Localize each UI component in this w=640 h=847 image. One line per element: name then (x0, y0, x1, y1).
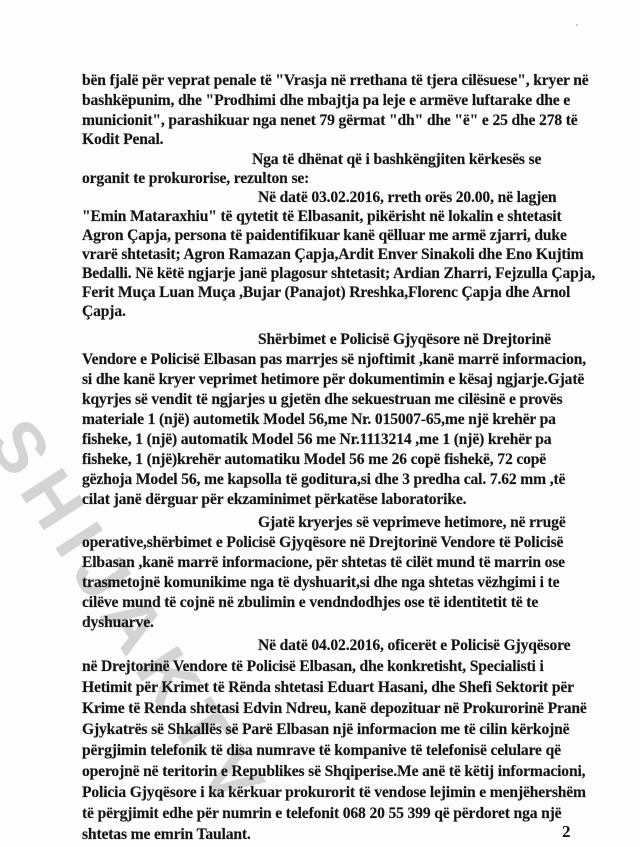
page-number: 2 (562, 822, 571, 842)
text-line: Nga të dhënat që i bashkëngjiten kërkesë… (252, 151, 528, 169)
text-line: Gjatë kryerjes së veprimeve hetimore, në… (258, 514, 534, 532)
text-line: Krime të Renda shtetasi Edvin Ndreu, kan… (82, 700, 534, 718)
text-line: materiale 1 (një) autometik Model 56,me … (82, 411, 534, 429)
text-line: "Emin Mataraxhiu" të qytetit të Elbasani… (82, 208, 534, 226)
text-line: përgjimin telefonik të disa numrave të k… (82, 742, 534, 760)
text-line: Në datë 04.02.2016, oficerët e Policisë … (258, 637, 534, 655)
text-line: në Drejtorinë Vendore të Policisë Elbasa… (82, 658, 534, 676)
text-line: Bedalli. Në këtë ngjarje janë plagosur s… (82, 265, 534, 283)
text-line: Agron Çapja, persona të paidentifikuar k… (82, 227, 534, 245)
text-line: Ferit Muça Luan Muça ,Bujar (Panajot) Rr… (82, 284, 534, 302)
scan-speck (576, 24, 578, 26)
text-line: dyshuarve. (82, 614, 534, 632)
text-line: shtetas me emrin Taulant. (82, 826, 534, 844)
text-line: Kodit Penal. (82, 131, 534, 149)
scan-speck (84, 624, 86, 626)
text-line: Vendore e Policisë Elbasan pas marrjes s… (82, 351, 534, 369)
text-line: operojnë në teritorin e Republikes së Sh… (82, 763, 534, 781)
text-line: bashkëpunim, dhe "Prodhimi dhe mbajtja p… (82, 92, 534, 110)
text-line: si dhe kanë kryer veprimet hetimore për … (82, 371, 534, 389)
text-line: Çapja. (82, 303, 534, 321)
text-line: Gjykatrës së Shkallës së Parë Elbasan nj… (82, 721, 534, 739)
text-line: organit te prokurorise, rezulton se: (82, 170, 534, 188)
text-line: kqyrjes së vendit të ngjarjes u gjetën d… (82, 391, 534, 409)
text-line: Elbasan ,kanë marrë informacione, për sh… (82, 554, 534, 572)
text-line: fisheke, 1 (një)krehër automatiku Model … (82, 451, 534, 469)
text-line: të përgjimit edhe për numrin e telefonit… (82, 805, 534, 823)
text-line: Hetimit për Krimet të Rënda shtetasi Edu… (82, 679, 534, 697)
document-page: SHIJAKTV bën fjalë për veprat penale të … (0, 0, 640, 847)
text-line: Në datë 03.02.2016, rreth orës 20.00, në… (258, 189, 534, 207)
text-line: cilat janë dërguar për ekzaminimet përka… (82, 491, 534, 509)
text-line: cilëve mund të cojnë në zbulimin e vendn… (82, 594, 534, 612)
text-line: bën fjalë për veprat penale të "Vrasja n… (82, 72, 534, 90)
text-line: vrarë shtetasit; Agron Ramazan Çapja,Ard… (82, 246, 534, 264)
text-line: Shërbimet e Policisë Gjyqësore në Drejto… (258, 331, 534, 349)
text-line: trasmetojnë komunikime nga të dyshuarit,… (82, 574, 534, 592)
text-line: Policia Gjyqësore i ka kërkuar prokurori… (82, 784, 534, 802)
text-line: operative,shërbimet e Policisë Gjyqësore… (82, 534, 534, 552)
text-line: fisheke, 1 (një) automatik Model 56 me N… (82, 431, 534, 449)
text-line: gëzhoja Model 56, me kapsolla të goditur… (82, 471, 534, 489)
text-line: municionit", parashikuar nga nenet 79 gë… (82, 112, 534, 130)
